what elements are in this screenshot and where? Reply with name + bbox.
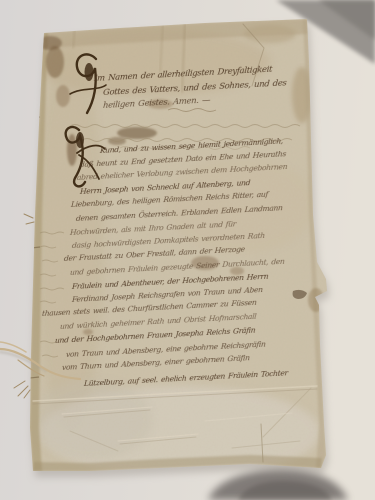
photo-scene: Im Namen der allerheiligsten Dreyfaltigk… bbox=[0, 0, 375, 500]
paper-grain-texture bbox=[28, 15, 330, 475]
manuscript-photo bbox=[0, 0, 375, 500]
